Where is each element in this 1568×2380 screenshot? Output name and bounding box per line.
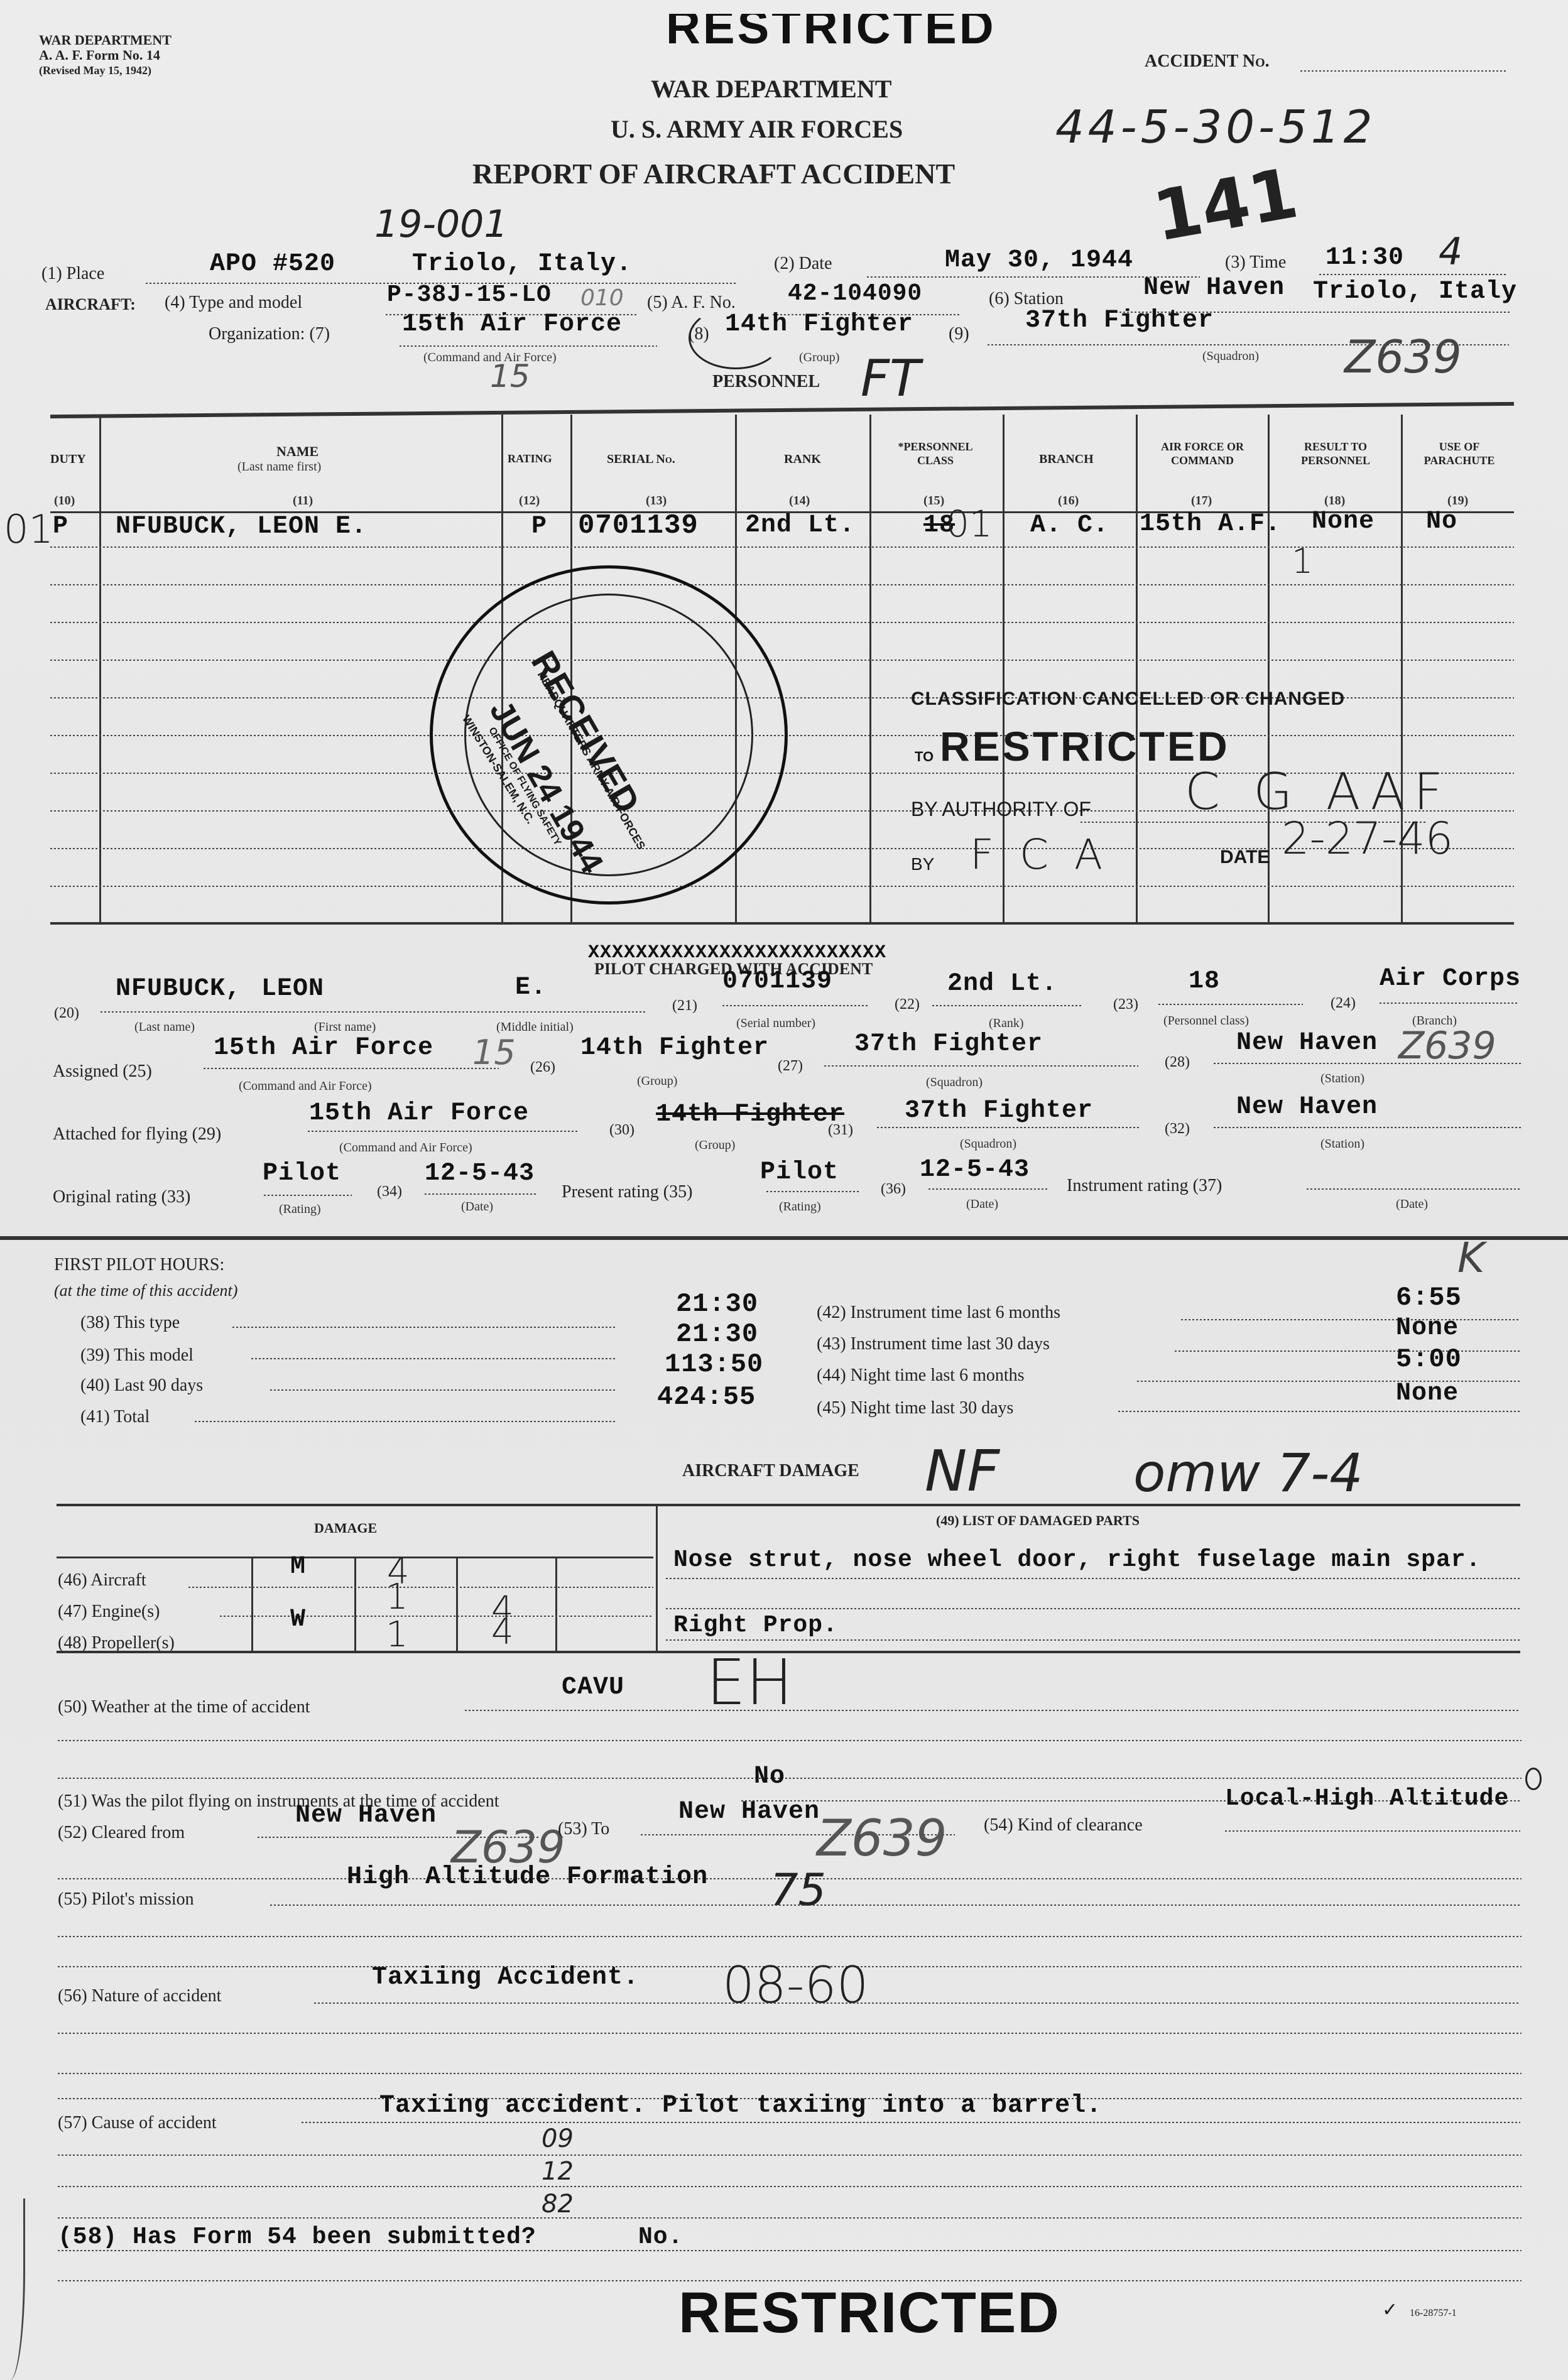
assigned-label: Assigned (25) [53,1062,152,1082]
pilot-last-sub: (Last name) [134,1020,195,1035]
station-value-base: New Haven [1143,274,1285,302]
received-stamp: RECEIVED HEADQUARTERS ARMY AIR FORCES JU… [430,565,788,905]
row-line [50,886,1514,887]
assigned-station: New Haven [1236,1029,1378,1057]
handwritten-15-top: 15 [490,358,530,394]
attached-sq-sub: (Squadron) [960,1137,1016,1151]
pilot-class: 18 [1189,967,1220,996]
hours-night-30d-value: None [1396,1379,1459,1408]
col-num-parachute: (19) [1447,494,1468,508]
col-num-class: (15) [923,494,944,508]
clearance-label: (54) Kind of clearance [984,1815,1143,1835]
check-mark: ✓ [1382,2299,1398,2321]
mission-value: High Altitude Formation [347,1863,708,1891]
damaged-parts-line1: Nose strut, nose wheel door, right fusel… [673,1546,1481,1573]
af-no-value: 42-104090 [788,280,922,307]
attached-station-sub: (Station) [1320,1137,1364,1151]
details-line [58,2186,1522,2187]
attached-group: 14th Fighter [656,1100,844,1129]
cause-label: (57) Cause of accident [58,2113,217,2133]
damage-aircraft-label: (46) Aircraft [58,1570,146,1590]
clearance-value: Local-High Altitude [1225,1785,1509,1812]
mission-handwritten: 75 [770,1864,826,1916]
pilot-last-name: NFUBUCK, [116,975,241,1003]
damage-hand-code: omw 7-4 [1133,1442,1363,1504]
row-line [50,660,1514,661]
orig-rating-sub: (Rating) [279,1202,321,1217]
time-handwritten: 4 [1439,230,1462,274]
cell-result-handwritten: 1 [1292,541,1313,581]
personnel-bottom-rule [50,922,1514,925]
f36-label: (36) [881,1181,906,1198]
reclass-date-value: 2-27-46 [1282,813,1453,864]
nature-value: Taxiing Accident. [372,1964,639,1992]
instrument-rating-line [1307,1188,1520,1190]
col-header-rating: RATING [508,452,552,465]
form-id: WAR DEPARTMENT A. A. F. Form No. 14 (Rev… [39,33,171,78]
col-header-name: NAME [276,443,318,460]
date-value: May 30, 1944 [945,246,1133,274]
col-divider [869,415,871,923]
hours-total-label: (41) Total [80,1407,150,1427]
orig-date: 12-5-43 [425,1160,535,1188]
instruments-value: No [754,1763,785,1791]
cleared-from-value: New Haven [295,1801,437,1830]
f21-label: (21) [672,997,697,1014]
handwritten-ft-top: FT [861,349,920,408]
col-num-duty: (10) [54,494,75,508]
col-num-result: (18) [1324,494,1345,508]
report-title: REPORT OF AIRCRAFT ACCIDENT [472,157,955,190]
type-model-handwritten: 010 [580,285,624,311]
damage-parts-divider [656,1505,658,1653]
cell-parachute: No [1426,508,1457,536]
col-sub-name: (Last name first) [237,460,321,474]
damage-propeller-hand1: 1 [386,1614,408,1655]
damage-hand-nf: NF [925,1438,999,1504]
hours-line [251,1358,616,1359]
damage-line [220,1616,653,1617]
row-hand-prefix: 01 [4,506,53,552]
f31-label: (31) [828,1122,853,1139]
file-no-handwritten: 19-001 [374,202,508,246]
attached-air-force: 15th Air Force [309,1099,529,1128]
attached-sq-line [877,1127,1141,1128]
f28-label: (28) [1165,1054,1190,1071]
hours-line [195,1421,616,1422]
personnel-heading: PERSONNEL [712,372,820,392]
hours-this-model-label: (39) This model [80,1345,193,1366]
instrument-rating-label: Instrument rating (37) [1067,1176,1222,1196]
organization-label: Organization: (7) [209,324,330,344]
reclass-heading: CLASSIFICATION CANCELLED OR CHANGED [911,688,1345,710]
cleared-to-handwritten: Z639 [817,1809,947,1867]
col-num-serial: (13) [646,494,667,508]
hours-total-value: 424:55 [657,1382,756,1412]
damage-grid-col [251,1558,253,1652]
margin-circle-mark [1525,1768,1542,1790]
assigned-group-sub: (Group) [637,1074,677,1089]
cleared-to-label: (53) To [558,1819,609,1839]
f32-label: (32) [1165,1121,1190,1138]
damage-propeller-hand2: 4 [491,1612,514,1653]
reclass-authority-label: BY AUTHORITY OF [911,798,1091,821]
attached-group-sub: (Group) [695,1138,735,1153]
damage-grid-col [354,1558,356,1652]
damage-engine-hand1: 1 [386,1577,408,1617]
row-line [50,622,1514,623]
pilot-serial-line [722,1005,868,1006]
details-line [58,1778,1522,1779]
form-id-line1: WAR DEPARTMENT [39,33,171,48]
pilot-first-name: LEON [261,975,324,1003]
hours-instr-6mo-label: (42) Instrument time last 6 months [817,1303,1060,1323]
cause-value: Taxiing accident. Pilot taxiing into a b… [379,2092,1102,2120]
present-rating: Pilot [760,1158,839,1187]
pilot-bottom-rule [0,1236,1568,1240]
damaged-parts-line2: Right Prop. [673,1612,838,1639]
assigned-af-sub: (Command and Air Force) [239,1079,372,1094]
station-value-location: Triolo, Italy [1313,278,1517,306]
assigned-sq-sub: (Squadron) [926,1075,983,1090]
cell-serial: 0701139 [578,510,699,541]
department-heading: WAR DEPARTMENT [651,74,891,104]
hours-line [1118,1411,1520,1412]
hours-line [1175,1350,1520,1352]
parts-line [666,1608,1520,1609]
present-rating-sub: (Rating) [779,1200,821,1214]
personnel-top-rule [50,402,1514,418]
col-header-serial: SERIAL No. [607,452,675,467]
col-header-class: *PERSONNEL CLASS [882,440,989,467]
cell-rating: P [531,513,547,541]
assigned-hand-z639: Z639 [1398,1024,1496,1068]
parts-line [666,1578,1520,1579]
cell-command: 15th A.F. [1140,510,1281,538]
row-line [50,584,1514,585]
type-model-label: (4) Type and model [165,293,302,313]
pilot-branch: Air Corps [1380,965,1521,993]
damage-title: AIRCRAFT DAMAGE [682,1461,859,1481]
damage-header: DAMAGE [314,1520,377,1536]
attached-station-line [1214,1127,1522,1128]
hours-line [232,1327,616,1328]
form-id-line2: A. A. F. Form No. 14 [39,48,171,63]
col-divider [1136,415,1138,923]
assigned-group: 14th Fighter [580,1034,769,1062]
hours-last-90-label: (40) Last 90 days [80,1376,203,1396]
assigned-squadron: 37th Fighter [854,1030,1043,1058]
orig-rating-line [264,1195,352,1196]
hours-night-6mo-label: (44) Night time last 6 months [817,1366,1025,1386]
squadron-sublabel: (Squadron) [1202,349,1259,364]
hours-subtitle: (at the time of this accident) [54,1281,237,1300]
time-value: 11:30 [1326,244,1404,272]
f30-label: (30) [609,1122,634,1139]
col-num-name: (11) [293,494,313,508]
hours-line [1137,1381,1520,1382]
present-date-sub: (Date) [966,1197,998,1212]
hours-this-type-value: 21:30 [676,1289,758,1319]
details-line [58,2154,1522,2156]
col-header-result: RESULT TO PERSONNEL [1274,440,1397,467]
orig-rating: Pilot [263,1160,341,1188]
pilot-branch-line [1380,1003,1518,1004]
pilot-first-sub: (First name) [314,1020,376,1035]
date-label: (2) Date [774,254,832,274]
nature-line [314,2002,1520,2004]
weather-label: (50) Weather at the time of accident [58,1697,310,1717]
reclass-by-label: BY [911,854,934,874]
damage-aircraft-typed: M [290,1553,306,1581]
cell-rank: 2nd Lt. [745,511,855,540]
cleared-from-label: (52) Cleared from [58,1823,185,1843]
hours-last-90-value: 113:50 [665,1349,763,1379]
attached-af-sub: (Command and Air Force) [339,1141,472,1155]
instrument-date-sub: (Date) [1396,1197,1428,1212]
cell-duty: P [53,513,68,541]
cause-hand-code-3: 82 [542,2190,574,2219]
col-header-parachute: USE OF PARACHUTE [1406,440,1513,467]
col-divider [99,415,101,923]
organization-value: 15th Air Force [402,310,622,339]
col-header-rank: RANK [784,452,821,467]
col-header-branch: BRANCH [1039,452,1094,467]
hours-night-6mo-value: 5:00 [1396,1344,1462,1374]
clearance-line [1225,1830,1520,1832]
details-line [58,2217,1522,2219]
assigned-hand-15: 15 [472,1033,516,1072]
pilot-name-line [101,1011,647,1013]
damage-grid-col [456,1558,458,1652]
orig-date-sub: (Date) [461,1200,493,1214]
pilot-class-line [1158,1004,1303,1005]
present-date-line [928,1188,1048,1190]
hours-line [270,1389,616,1391]
details-line [58,1740,1522,1741]
form54-value: No. [638,2224,683,2251]
weather-line [465,1710,1520,1711]
col-num-rank: (14) [789,494,810,508]
group-circle-mark [689,307,783,369]
present-rating-label: Present rating (35) [562,1182,692,1202]
attached-squadron: 37th Fighter [905,1097,1093,1125]
pilot-middle-initial: E. [515,974,547,1002]
place-value-location: Triolo, Italy. [412,250,632,278]
accident-no-line [1300,70,1508,72]
col-header-duty: DUTY [50,452,86,467]
pilot-rank-sub: (Rank) [989,1016,1024,1031]
col-num-command: (17) [1191,494,1212,508]
nature-label: (56) Nature of accident [58,1986,221,2006]
accident-no-label: ACCIDENT No. [1145,52,1270,72]
details-line [58,2033,1522,2034]
damage-top-rule [57,1504,1520,1506]
handwritten-z639-top: Z639 [1344,330,1462,383]
squadron-value: 37th Fighter [1025,307,1214,335]
col-num-rating: (12) [519,494,540,508]
mission-line [270,1905,1520,1906]
cell-result: None [1312,508,1375,536]
reclass-date-label: DATE [1220,847,1270,868]
hours-instr-30d-label: (43) Instrument time last 30 days [817,1334,1050,1354]
pilot-rank: 2nd Lt. [947,970,1057,998]
cell-name: NFUBUCK, LEON E. [116,513,367,541]
cause-hand-code-1: 09 [542,2124,574,2153]
assigned-station-sub: (Station) [1320,1072,1364,1086]
squadron-label: (9) [949,324,969,344]
damage-grid-col [555,1558,557,1652]
form54-label: (58) Has Form 54 been submitted? [58,2224,536,2251]
damage-engine-label: (47) Engine(s) [58,1602,160,1622]
f26-label: (26) [530,1059,555,1076]
cell-class-handwritten: 01 [946,503,993,545]
reclass-to-label: TO [915,749,934,765]
attached-station: New Haven [1236,1093,1378,1121]
f23-label: (23) [1113,996,1138,1013]
org-heading: U. S. ARMY AIR FORCES [611,114,903,144]
accident-report-page: WAR DEPARTMENT A. A. F. Form No. 14 (Rev… [0,0,1568,2380]
aircraft-label: AIRCRAFT: [45,295,136,314]
pilot-serial-sub: (Serial number) [736,1016,815,1031]
hours-instr-6mo-value: 6:55 [1396,1283,1462,1313]
parts-line [666,1639,1520,1641]
pilot-rank-line [932,1005,1083,1006]
details-line [58,1936,1522,1937]
f27-label: (27) [778,1058,803,1075]
hours-this-type-label: (38) This type [80,1313,180,1333]
time-label: (3) Time [1225,253,1286,273]
f24-label: (24) [1331,995,1356,1012]
hours-instr-30d-value: None [1396,1314,1459,1342]
print-code: 16-28757-1 [1410,2308,1457,2319]
cleared-to-value: New Haven [678,1798,820,1826]
assigned-air-force: 15th Air Force [214,1034,433,1062]
nature-handwritten: 08-60 [722,1956,868,2014]
big-number-handwritten: 141 [1148,153,1304,257]
pilot-class-sub: (Personnel class) [1163,1014,1249,1028]
organization-line [400,345,657,347]
hours-this-model-value: 21:30 [676,1319,758,1349]
weather-handwritten: EH [706,1646,793,1719]
type-model-value: P-38J-15-LO [387,281,552,308]
classification-top: RESTRICTED [666,0,996,55]
cause-hand-code-2: 12 [542,2157,574,2186]
weather-value: CAVU [562,1673,624,1702]
hours-title: FIRST PILOT HOURS: [54,1255,224,1275]
orig-date-line [425,1193,538,1195]
orig-rating-label: Original rating (33) [53,1187,190,1207]
f34-label: (34) [377,1183,402,1200]
place-label: (1) Place [41,264,104,284]
place-value-apo: APO #520 [210,250,335,278]
pilot-serial: 0701139 [722,967,832,996]
accident-no-handwritten: 44-5-30-512 [1055,101,1376,153]
cause-line [302,2122,1520,2123]
cell-branch: A. C. [1030,511,1109,540]
reclass-by-value: F C A [970,830,1109,879]
attached-label: Attached for flying (29) [53,1124,221,1144]
col-header-command: AIR FORCE OR COMMAND [1141,440,1264,467]
details-line [58,2250,1522,2251]
damage-line [188,1587,653,1588]
damage-propeller-typed: W [290,1606,306,1634]
present-rating-line [766,1191,861,1192]
present-date: 12-5-43 [920,1156,1030,1184]
mission-label: (55) Pilot's mission [58,1889,194,1910]
form-id-line3: (Revised May 15, 1942) [39,63,171,78]
assigned-af-line [204,1068,499,1069]
details-line [58,2073,1522,2074]
f22-label: (22) [895,996,920,1013]
page-edge-curl [0,2198,25,2380]
attached-af-line [308,1131,578,1132]
classification-bottom: RESTRICTED [678,2280,1060,2346]
parts-header: (49) LIST OF DAMAGED PARTS [936,1513,1140,1529]
assigned-sq-line [824,1065,1138,1067]
hours-line [1181,1319,1520,1320]
time-line [1319,274,1508,275]
hours-hand-k: K [1457,1234,1484,1282]
col-num-branch: (16) [1058,494,1079,508]
hours-night-30d-label: (45) Night time last 30 days [817,1398,1013,1418]
f20-label: (20) [54,1005,79,1022]
group-sublabel: (Group) [799,350,839,365]
